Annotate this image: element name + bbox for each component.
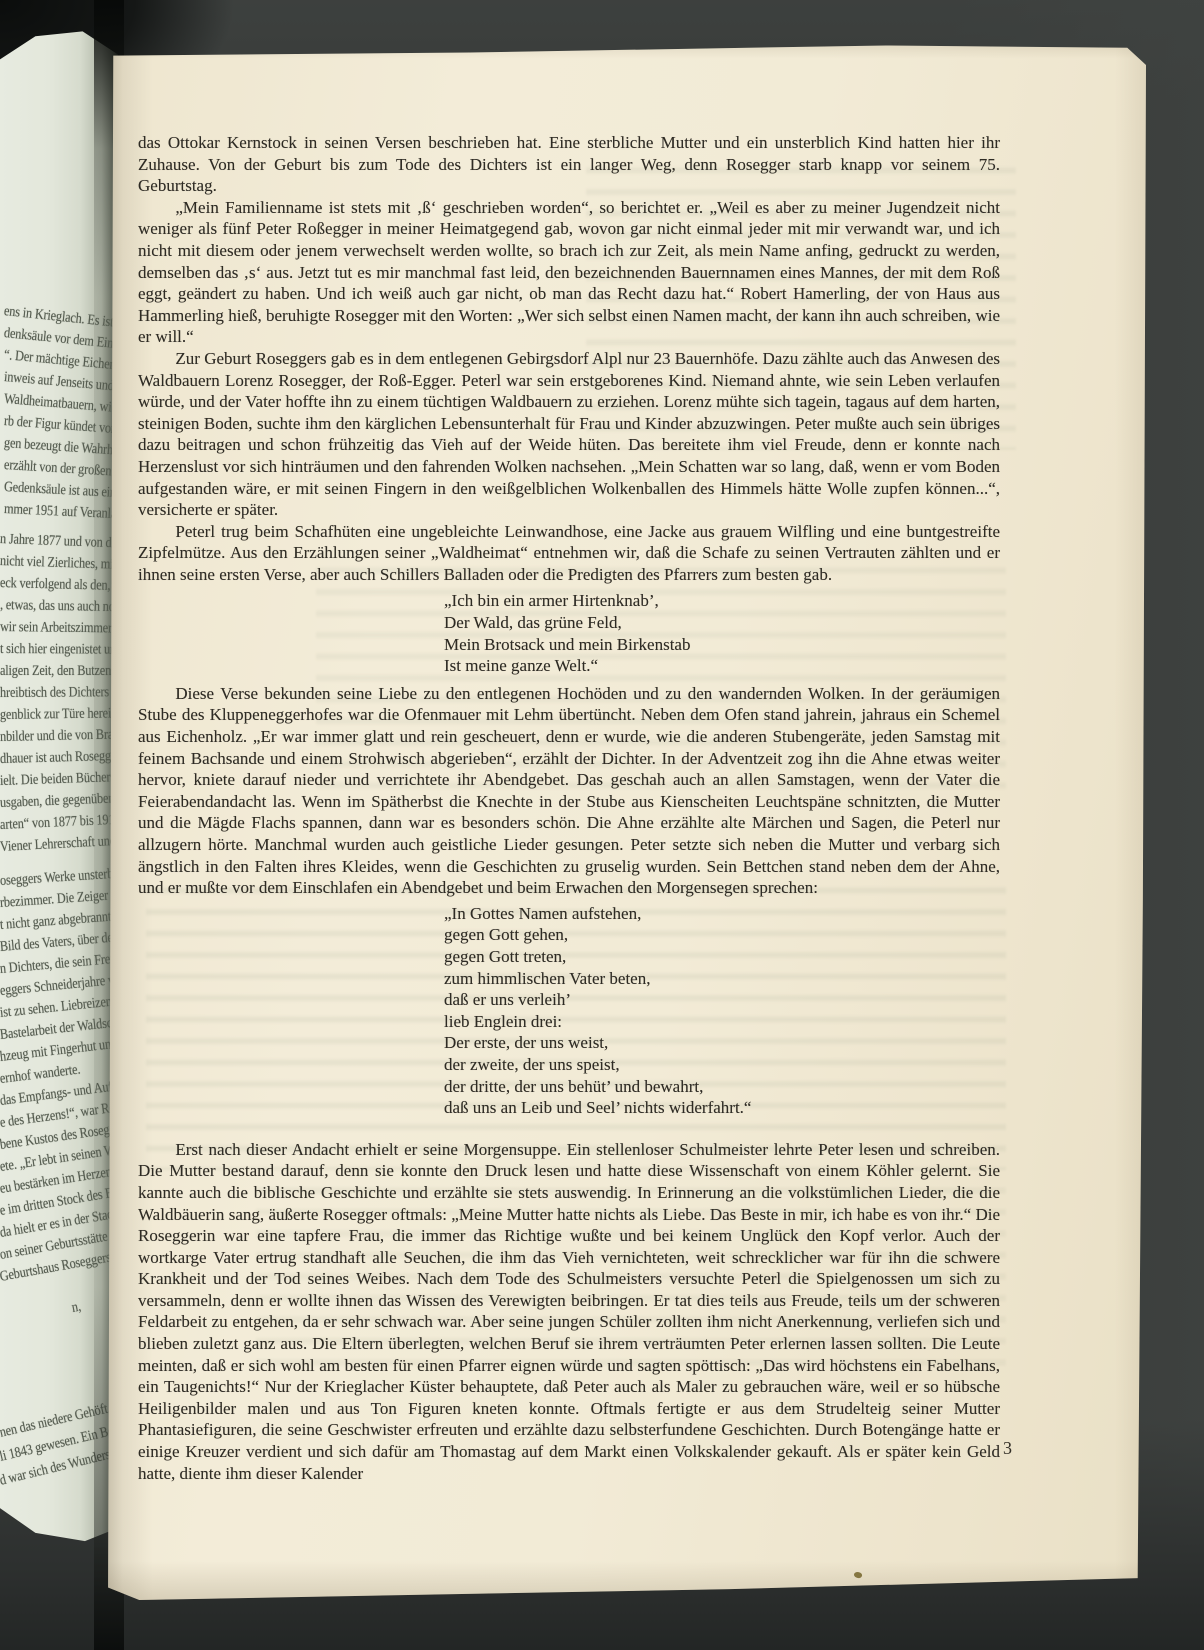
verse-line: daß er uns verleih’ — [444, 989, 1000, 1011]
left-page-text-fragment: n, — [70, 1298, 82, 1316]
verse-line: „In Gottes Namen aufstehen, — [444, 903, 1000, 925]
verse-line: lieb Englein drei: — [444, 1011, 1000, 1033]
verse-line: der zweite, der uns speist, — [444, 1054, 1000, 1076]
verse-line: Der erste, der uns weist, — [444, 1032, 1000, 1054]
text-block: das Ottokar Kernstock in seinen Versen b… — [138, 132, 1000, 1484]
verse-block: „In Gottes Namen aufstehen,gegen Gott ge… — [138, 903, 1000, 1119]
paragraph: Erst nach dieser Andacht erhielt er sein… — [138, 1139, 1000, 1485]
page-number: 3 — [932, 1438, 1012, 1459]
verse-line: Ist meine ganze Welt.“ — [444, 655, 1000, 677]
verse-line: der dritte, der uns behüt’ und bewahrt, — [444, 1076, 1000, 1098]
verse-line: daß uns an Leib und Seel’ nichts widerfa… — [444, 1097, 1000, 1119]
paragraph: Zur Geburt Roseggers gab es in dem entle… — [138, 348, 1000, 521]
paragraph: „Mein Familienname ist stets mit ‚ß‘ ges… — [138, 197, 1000, 348]
right-page: das Ottokar Kernstock in seinen Versen b… — [106, 40, 1146, 1600]
verse-line: zum himmlischen Vater beten, — [444, 968, 1000, 990]
verse-line: „Ich bin ein armer Hirtenknab’, — [444, 590, 1000, 612]
verse-line: gegen Gott treten, — [444, 946, 1000, 968]
verse-line: Mein Brotsack und mein Birkenstab — [444, 634, 1000, 656]
verse-line: Der Wald, das grüne Feld, — [444, 612, 1000, 634]
paragraph: Peterl trug beim Schafhüten eine ungeble… — [138, 521, 1000, 586]
verse-line: gegen Gott gehen, — [444, 924, 1000, 946]
verse-block: „Ich bin ein armer Hirtenknab’,Der Wald,… — [138, 590, 1000, 676]
paragraph: Diese Verse bekunden seine Liebe zu den … — [138, 683, 1000, 899]
book-scan: ens in Krieglach. Es ist zugdenksäule vo… — [0, 0, 1204, 1650]
paragraph: das Ottokar Kernstock in seinen Versen b… — [138, 132, 1000, 197]
